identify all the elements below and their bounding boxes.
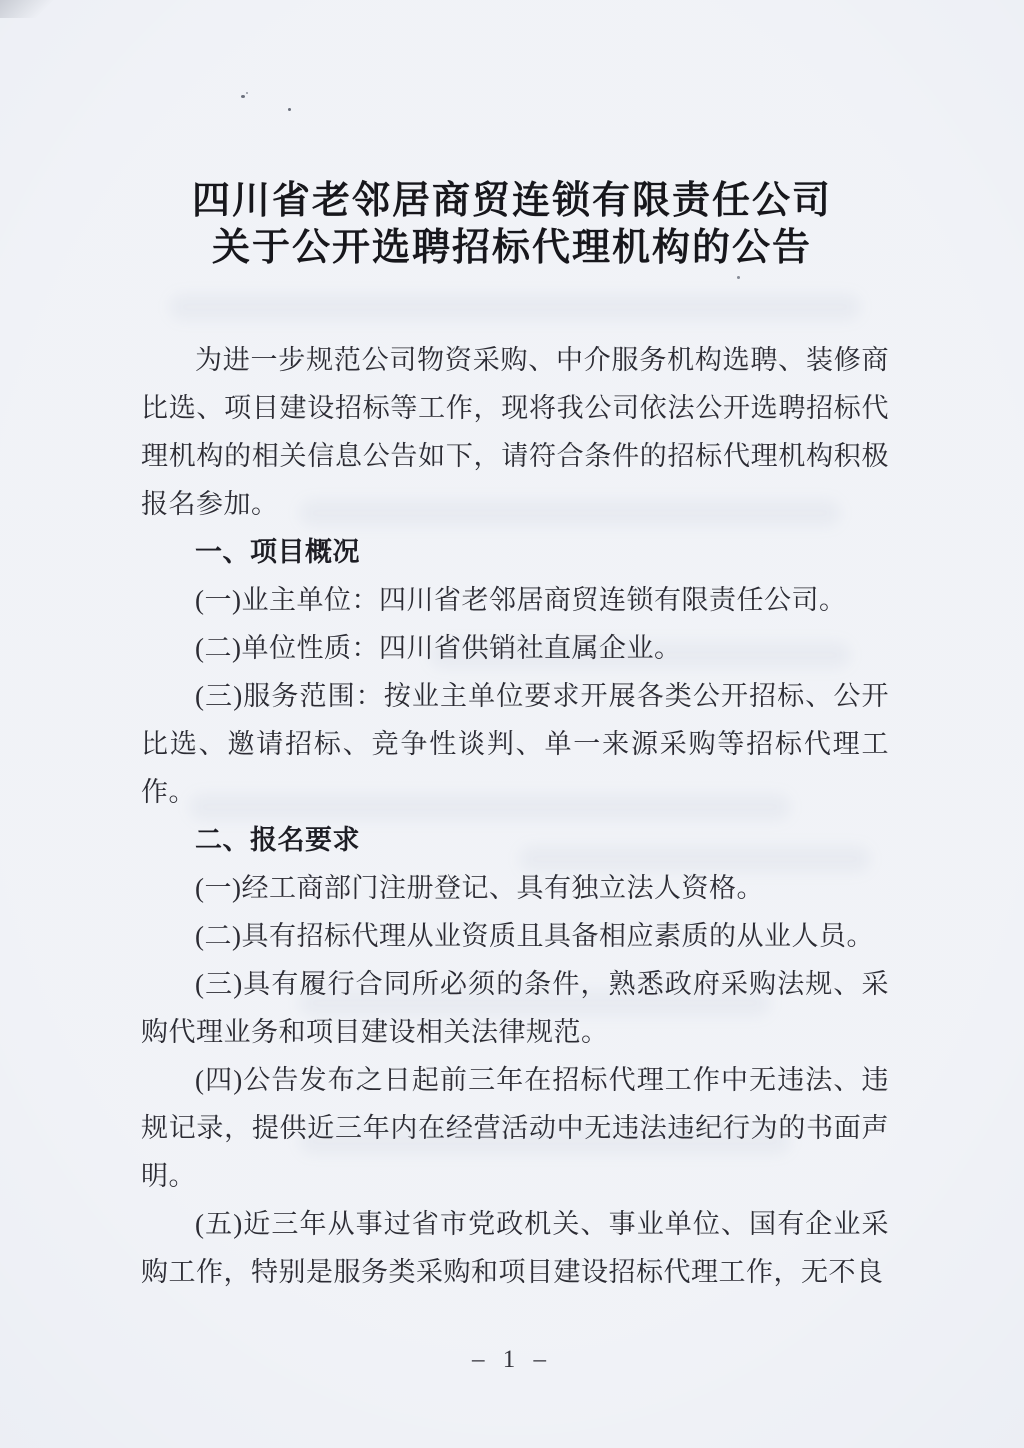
item-requirement-3: (三)具有履行合同所必须的条件，熟悉政府采购法规、采购代理业务和项目建设相关法律… (141, 960, 889, 1056)
scan-speck (246, 92, 248, 94)
item-requirement-4: (四)公告发布之日起前三年在招标代理工作中无违法、违规记录，提供近三年内在经营活… (141, 1056, 889, 1200)
document-body: 为进一步规范公司物资采购、中介服务机构选聘、装修商比选、项目建设招标等工作，现将… (141, 336, 889, 1296)
item-service-scope: (三)服务范围：按业主单位要求开展各类公开招标、公开比选、邀请招标、竞争性谈判、… (141, 672, 889, 816)
bleedthrough-ghost (170, 294, 860, 320)
item-requirement-2: (二)具有招标代理从业资质且具备相应素质的从业人员。 (141, 912, 889, 960)
paragraph-intro: 为进一步规范公司物资采购、中介服务机构选聘、装修商比选、项目建设招标等工作，现将… (141, 336, 889, 528)
document-title-line2: 关于公开选聘招标代理机构的公告 (0, 225, 1024, 272)
scanned-document-page: 四川省老邻居商贸连锁有限责任公司 关于公开选聘招标代理机构的公告 为进一步规范公… (0, 0, 1024, 1448)
document-title-line1: 四川省老邻居商贸连锁有限责任公司 (0, 178, 1024, 225)
scan-speck (241, 95, 245, 98)
item-owner-unit: (一)业主单位：四川省老邻居商贸连锁有限责任公司。 (141, 576, 889, 624)
item-unit-nature: (二)单位性质：四川省供销社直属企业。 (141, 624, 889, 672)
scan-speck (288, 108, 291, 111)
page-number: – 1 – (0, 1346, 1024, 1374)
scan-speck (737, 276, 740, 279)
item-requirement-1: (一)经工商部门注册登记、具有独立法人资格。 (141, 864, 889, 912)
heading-section-2: 二、报名要求 (141, 816, 889, 864)
item-requirement-5: (五)近三年从事过省市党政机关、事业单位、国有企业采购工作，特别是服务类采购和项… (141, 1200, 889, 1296)
heading-section-1: 一、项目概况 (141, 528, 889, 576)
scan-edge-shade (0, 0, 60, 18)
document-title: 四川省老邻居商贸连锁有限责任公司 关于公开选聘招标代理机构的公告 (0, 178, 1024, 272)
